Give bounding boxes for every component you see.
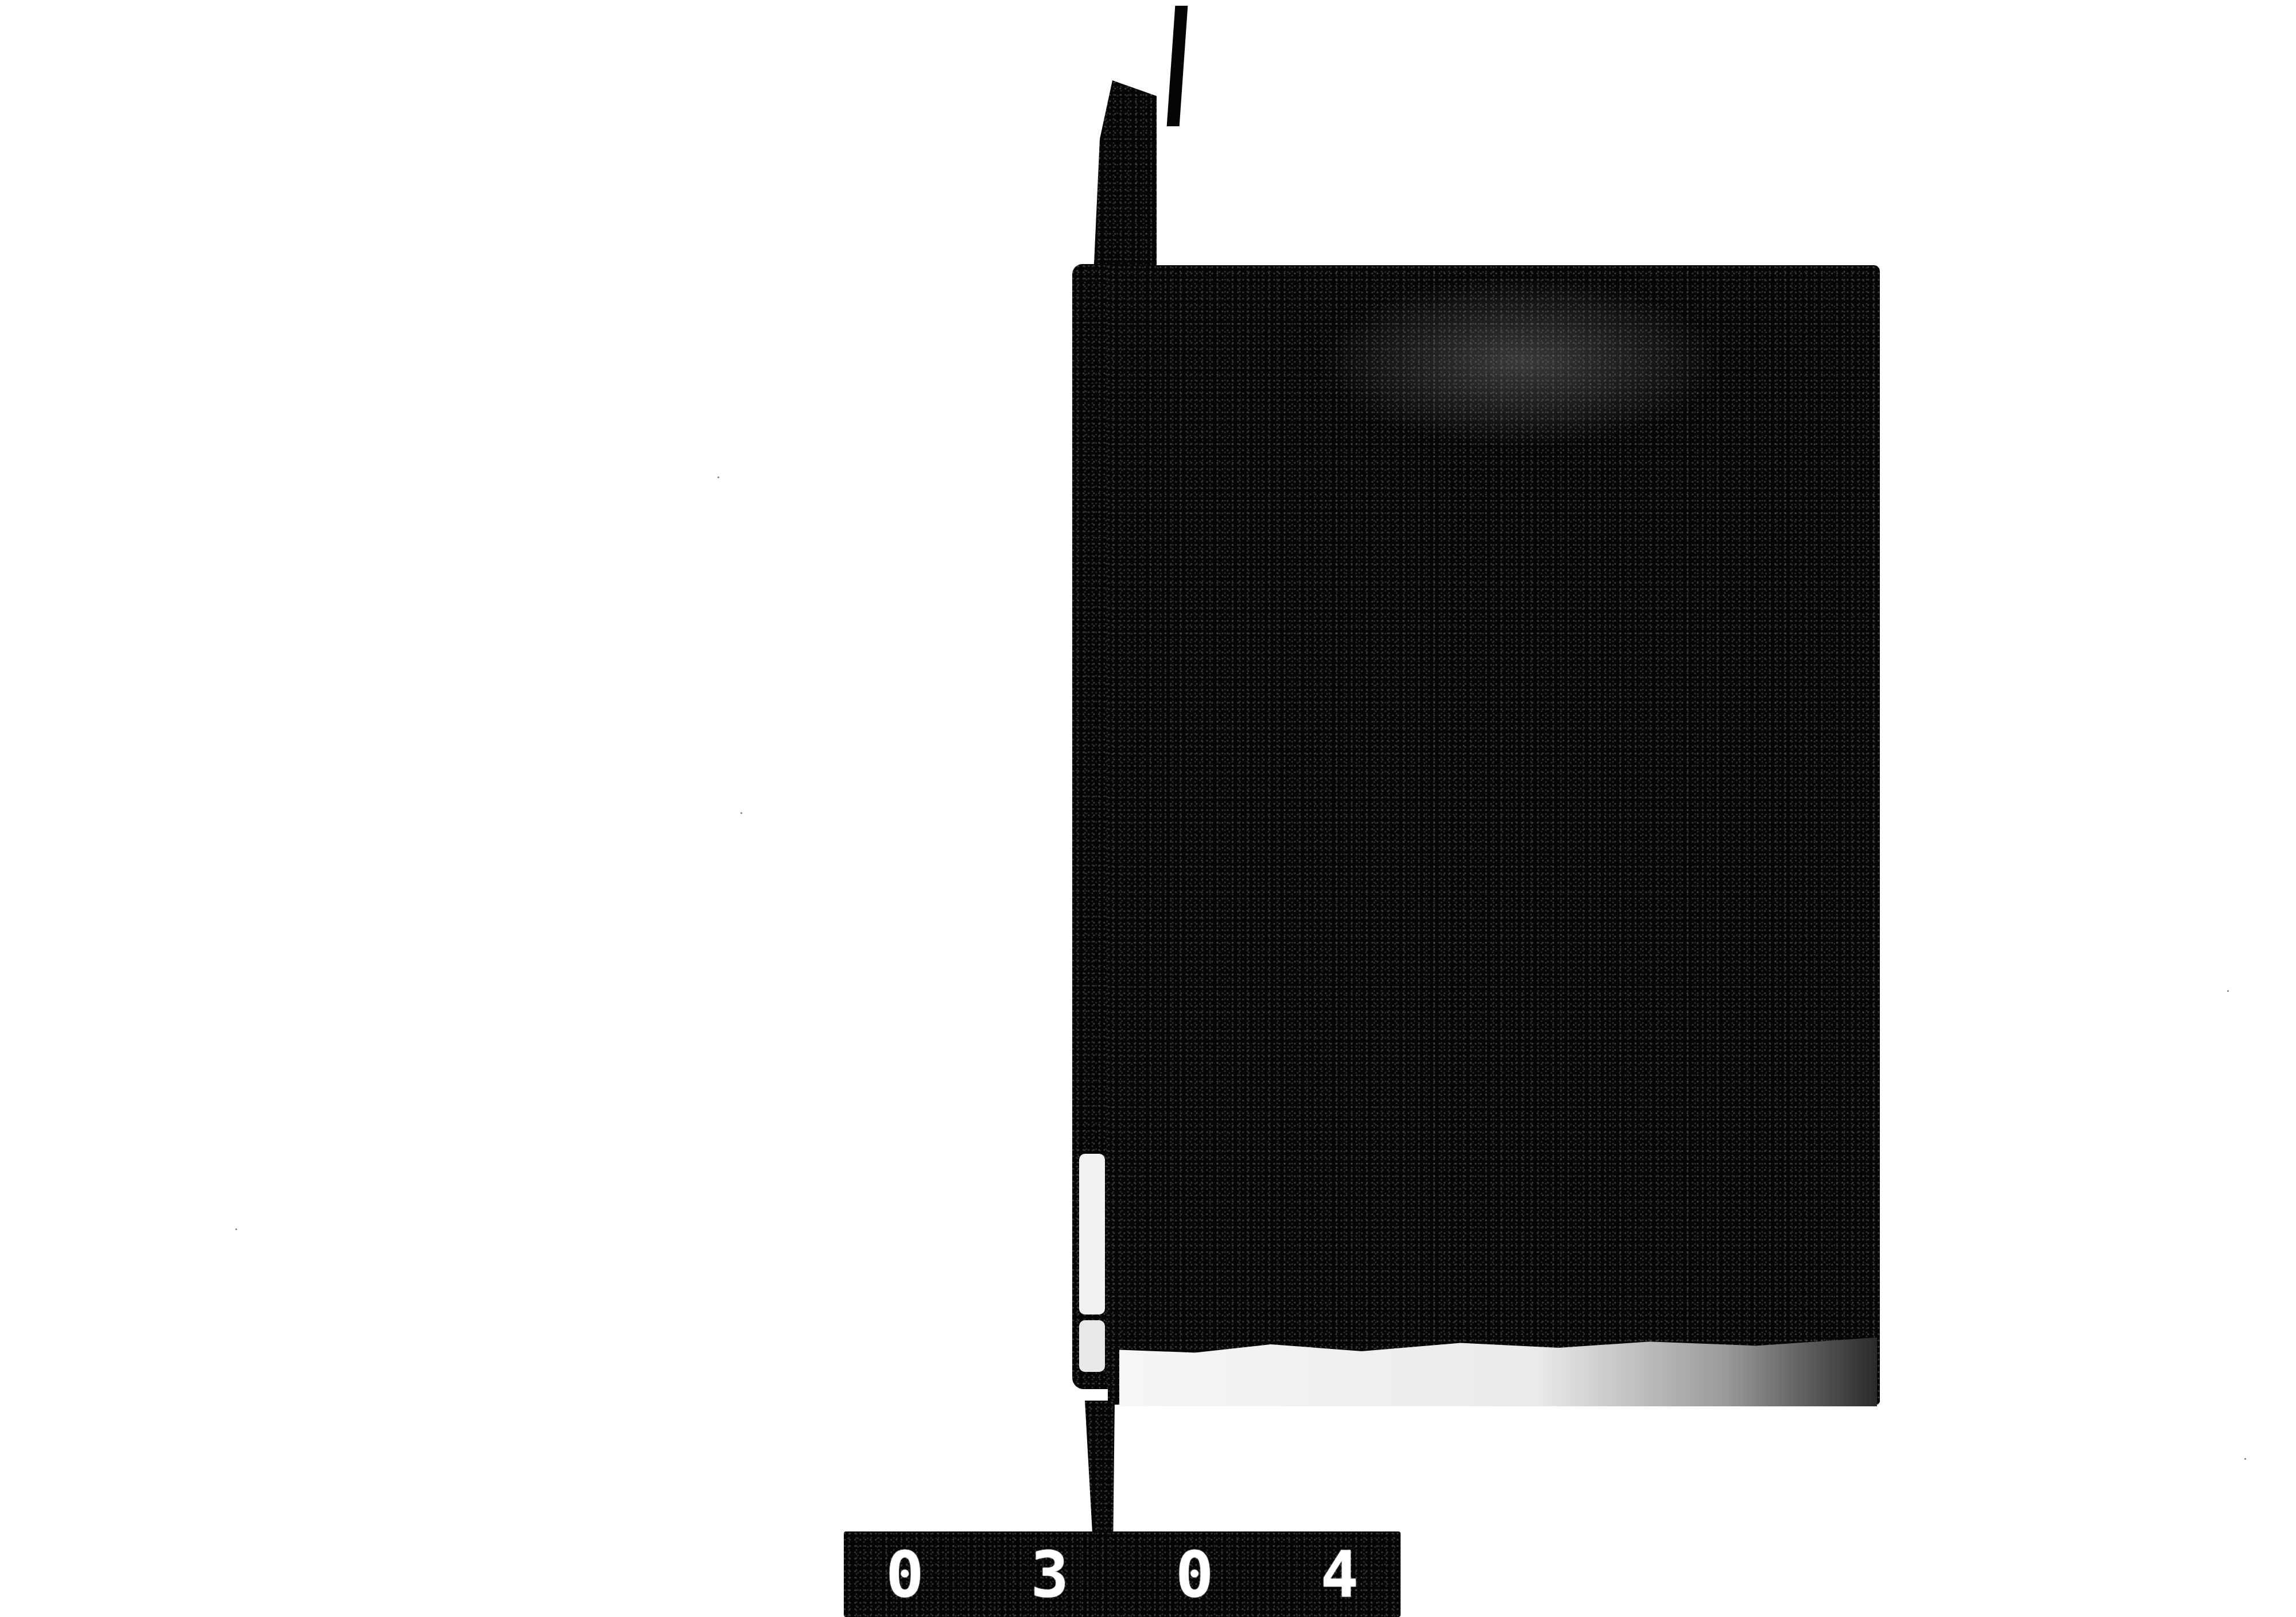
scan-dust	[740, 812, 742, 814]
scan-dust	[235, 1228, 237, 1230]
stand-pole-upper	[1093, 80, 1157, 276]
scan-dust	[2227, 990, 2229, 992]
spine-wear-highlight-lower	[1079, 1320, 1105, 1372]
stand-pole-lower	[1085, 1401, 1115, 1533]
number-label-text: 0 3 0 4	[844, 1531, 1401, 1617]
spine-wear-highlight	[1079, 1154, 1105, 1314]
scan-image: 0 3 0 4	[0, 0, 2296, 1617]
scan-dust	[2244, 1458, 2246, 1460]
stand-pole-top	[1167, 6, 1188, 126]
scan-dust	[717, 476, 719, 478]
cover-wear-highlight	[1320, 276, 1722, 448]
